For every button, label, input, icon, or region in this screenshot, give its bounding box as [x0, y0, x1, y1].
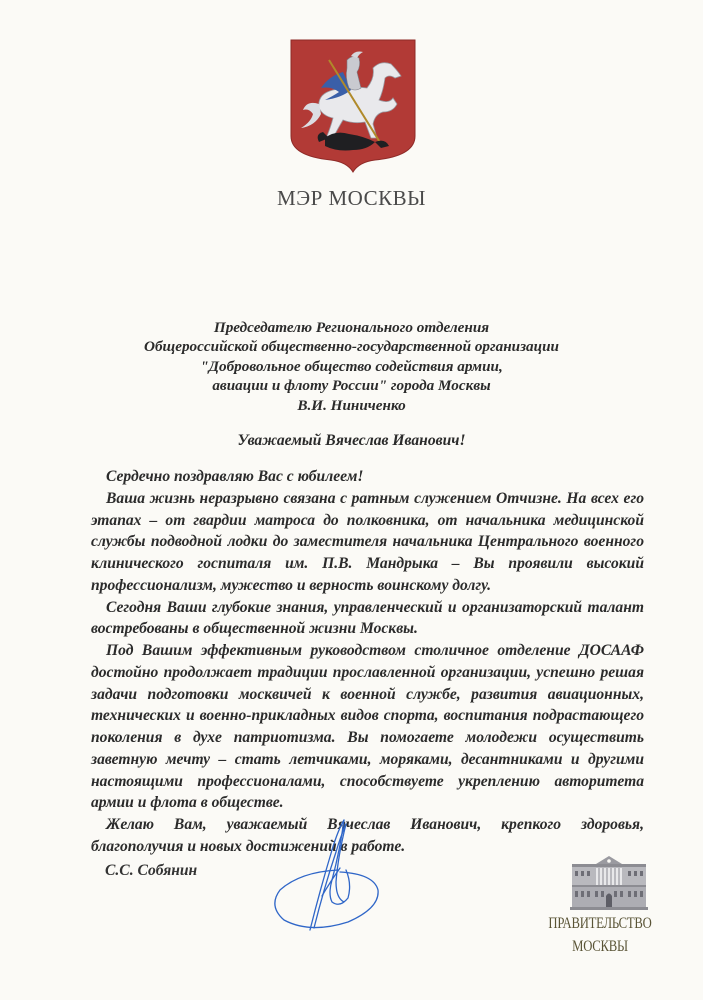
addressee-line: "Добровольное общество содействия армии,	[60, 357, 643, 376]
addressee-block: Председателю Регионального отделения Общ…	[60, 318, 643, 415]
body-paragraph: Под Вашим эффективным руководством столи…	[91, 640, 644, 814]
letterhead-title: МЭР МОСКВЫ	[0, 186, 703, 211]
addressee-line: Общероссийской общественно-государственн…	[60, 337, 643, 356]
government-name-line1: ПРАВИТЕЛЬСТВО	[534, 912, 665, 935]
addressee-line: Председателю Регионального отделения	[60, 318, 643, 337]
body-paragraph: Сердечно поздравляю Вас с юбилеем!	[91, 466, 644, 488]
handwritten-signature-icon	[240, 810, 390, 950]
moscow-coat-of-arms-icon	[289, 38, 417, 173]
body-paragraph: Сегодня Ваши глубокие знания, управленче…	[91, 597, 644, 641]
government-building-icon	[570, 850, 648, 910]
addressee-line: авиации и флоту России" города Москвы	[60, 376, 643, 395]
body-paragraph: Ваша жизнь неразрывно связана с ратным с…	[91, 488, 644, 597]
salutation: Уважаемый Вячеслав Иванович!	[0, 432, 703, 450]
letter-page: МЭР МОСКВЫ Председателю Регионального от…	[0, 0, 703, 1000]
signer-name: С.С. Собянин	[105, 862, 197, 880]
letter-body: Сердечно поздравляю Вас с юбилеем! Ваша …	[91, 466, 644, 858]
government-of-moscow-logo: ПРАВИТЕЛЬСТВО МОСКВЫ	[540, 848, 660, 968]
government-name: ПРАВИТЕЛЬСТВО МОСКВЫ	[534, 912, 665, 958]
addressee-name: В.И. Ниниченко	[60, 396, 643, 415]
government-name-line2: МОСКВЫ	[534, 935, 665, 958]
